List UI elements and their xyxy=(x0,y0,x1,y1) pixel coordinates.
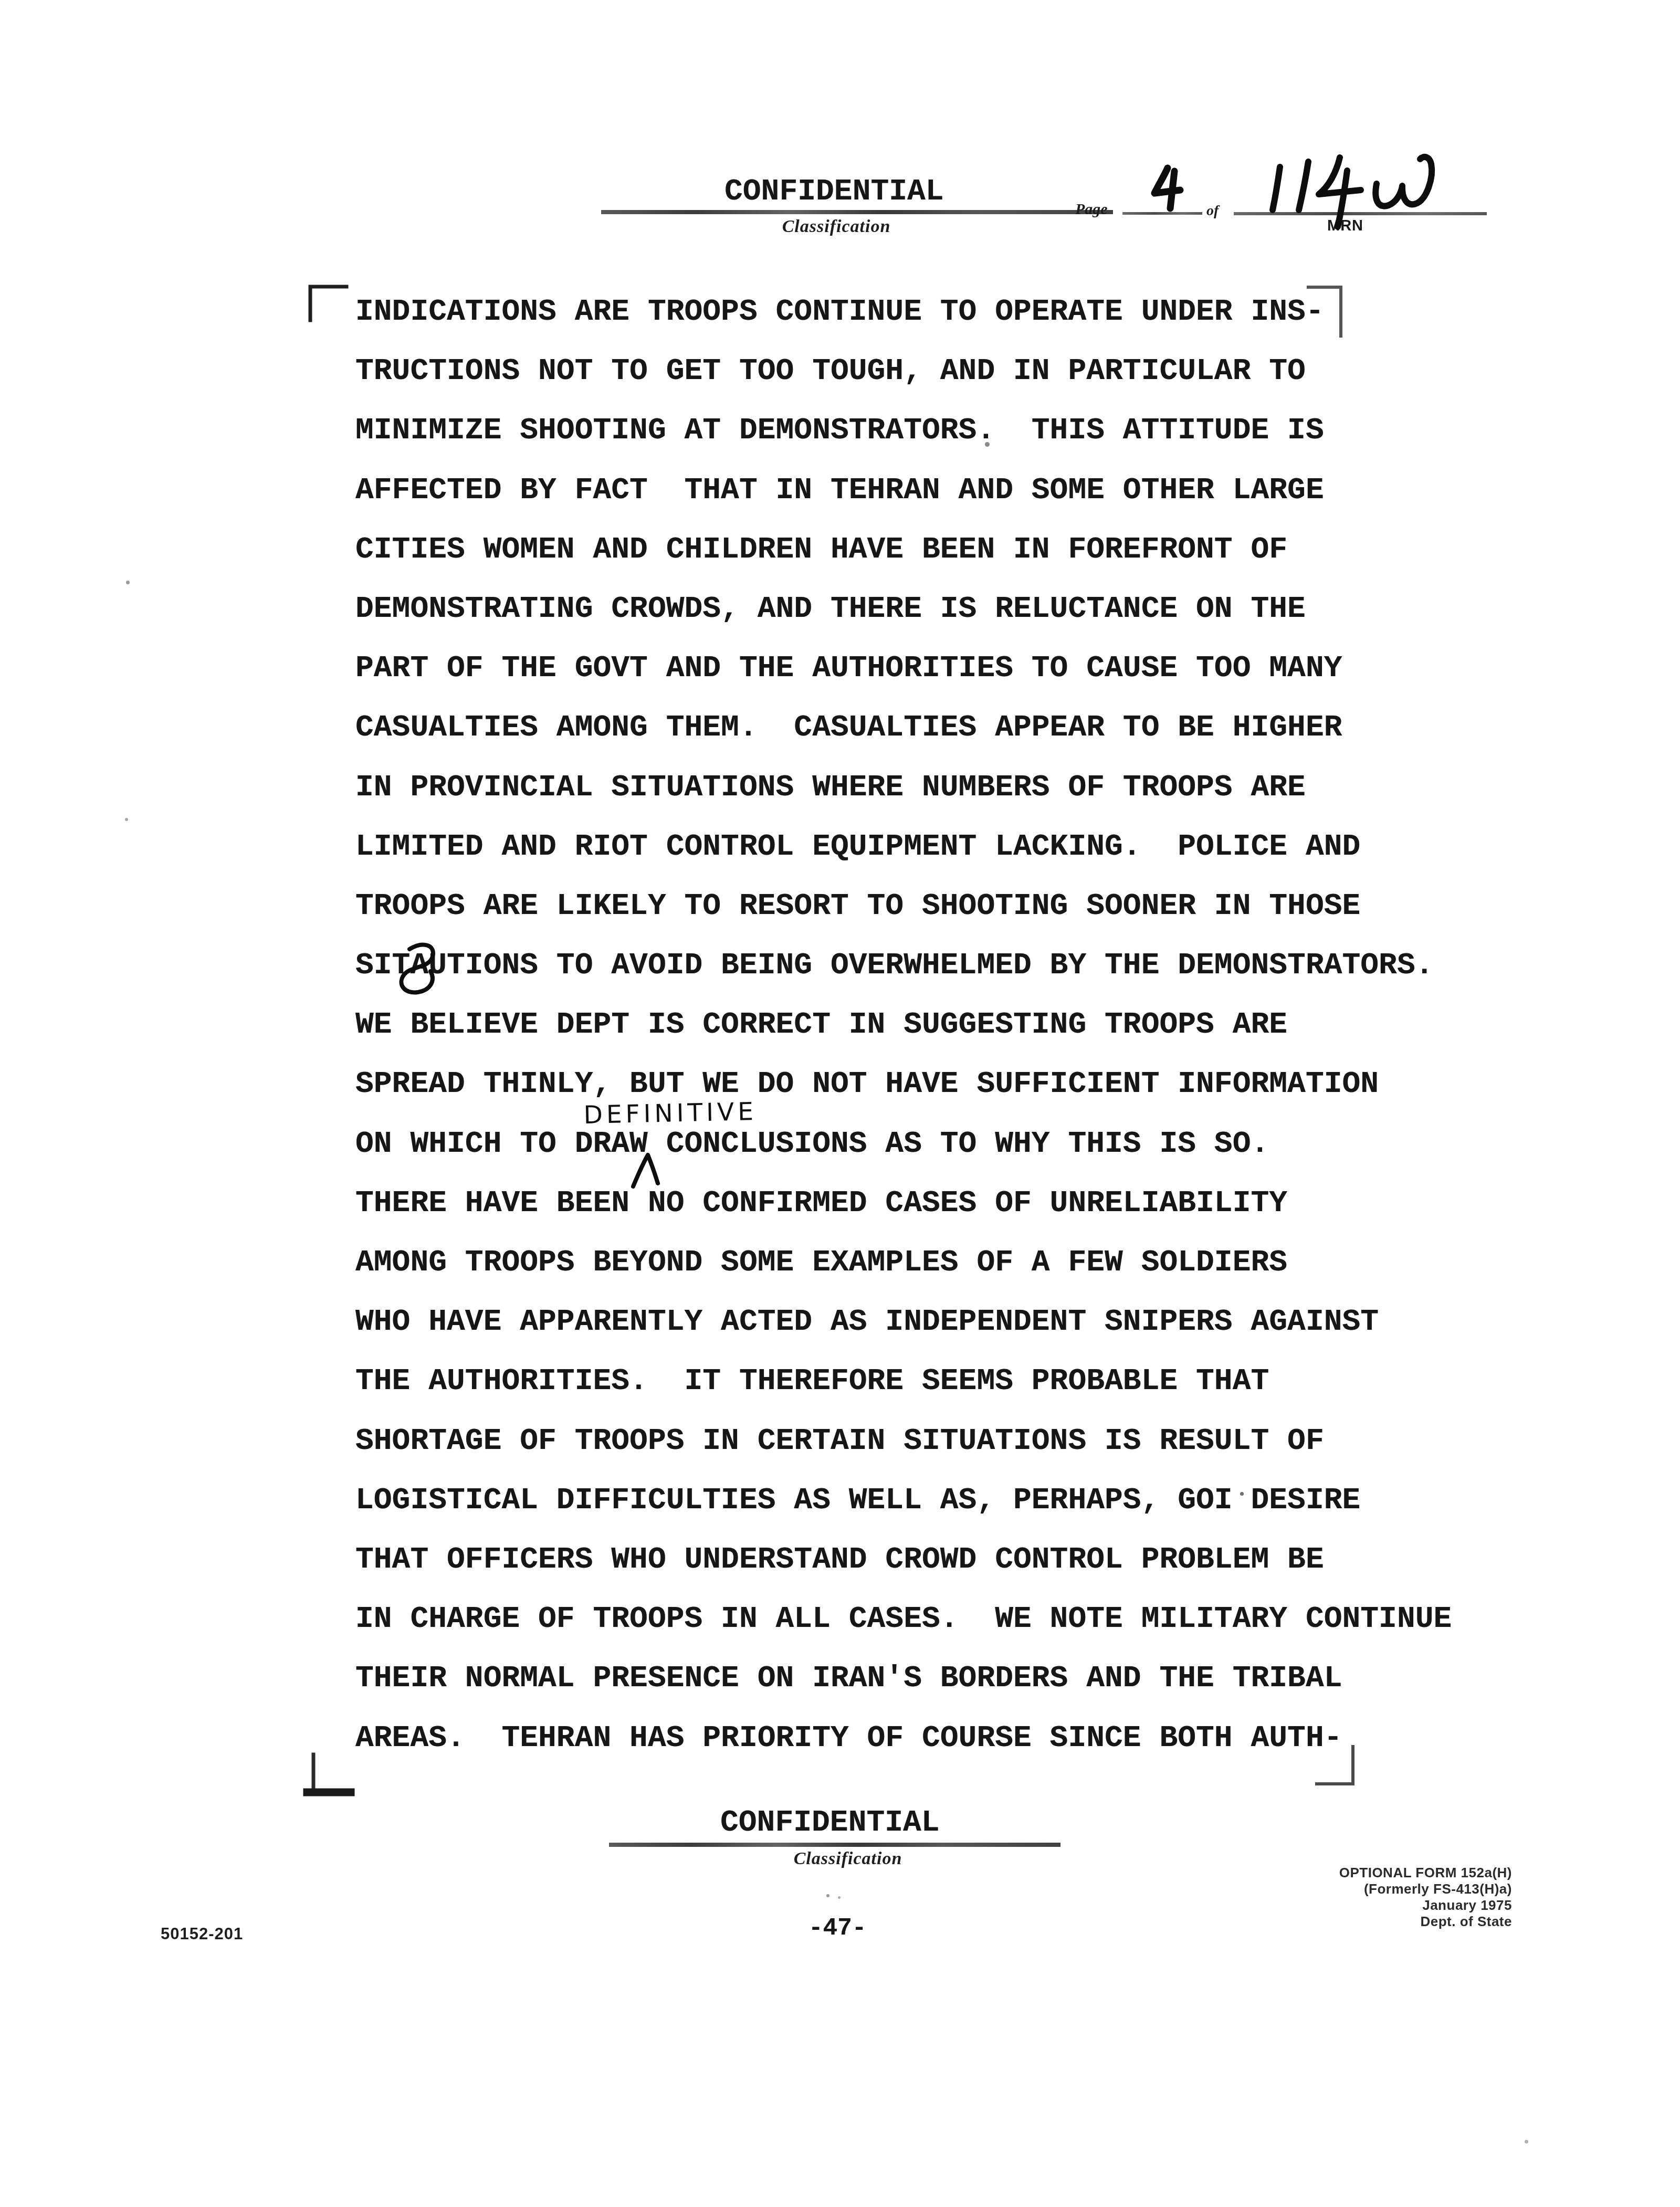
body-line: THEIR NORMAL PRESENCE ON IRAN'S BORDERS … xyxy=(355,1649,1558,1708)
form-imprint-line: Dept. of State xyxy=(1144,1914,1512,1930)
body-line: AMONG TROOPS BEYOND SOME EXAMPLES OF A F… xyxy=(355,1233,1558,1292)
body-text: INDICATIONS ARE TROOPS CONTINUE TO OPERA… xyxy=(355,282,1558,1768)
body-line: IN CHARGE OF TROOPS IN ALL CASES. WE NOT… xyxy=(355,1590,1558,1649)
mrn-label: MRN xyxy=(1327,217,1363,235)
body-line: THAT OFFICERS WHO UNDERSTAND CROWD CONTR… xyxy=(355,1530,1558,1590)
body-line: THE AUTHORITIES. IT THEREFORE SEEMS PROB… xyxy=(355,1352,1558,1411)
body-line: TRUCTIONS NOT TO GET TOO TOUGH, AND IN P… xyxy=(355,342,1558,401)
page-number-underline xyxy=(1122,212,1202,215)
body-line: LOGISTICAL DIFFICULTIES AS WELL AS, PERH… xyxy=(355,1471,1558,1530)
body-line: TROOPS ARE LIKELY TO RESORT TO SHOOTING … xyxy=(355,877,1558,936)
handwritten-stroke xyxy=(1319,157,1361,194)
body-line: CASUALTIES AMONG THEM. CASUALTIES APPEAR… xyxy=(355,698,1558,758)
handwritten-stroke xyxy=(1375,157,1432,206)
document-page: CONFIDENTIAL Classification Page of MRN … xyxy=(0,0,1680,2207)
body-line: CITIES WOMEN AND CHILDREN HAVE BEEN IN F… xyxy=(355,520,1558,580)
header-classification-label: Classification xyxy=(718,218,954,236)
handwritten-stroke xyxy=(1154,168,1180,193)
handwritten-stroke xyxy=(1273,167,1280,210)
footer-classification-rule xyxy=(609,1843,1060,1847)
body-line: AREAS. TEHRAN HAS PRIORITY OF COURSE SIN… xyxy=(355,1709,1558,1768)
crop-mark-top-left xyxy=(310,287,346,320)
page-number-handwritten xyxy=(1154,168,1180,208)
handwritten-stroke xyxy=(1170,171,1174,208)
body-line: THERE HAVE BEEN NO CONFIRMED CASES OF UN… xyxy=(355,1174,1558,1233)
body-line: WHO HAVE APPARENTLY ACTED AS INDEPENDENT… xyxy=(355,1292,1558,1352)
body-line: INDICATIONS ARE TROOPS CONTINUE TO OPERA… xyxy=(355,282,1558,342)
body-line: IN PROVINCIAL SITUATIONS WHERE NUMBERS O… xyxy=(355,758,1558,817)
print-code: 50152-201 xyxy=(161,1925,243,1943)
body-line: PART OF THE GOVT AND THE AUTHORITIES TO … xyxy=(355,639,1558,698)
body-line: LIMITED AND RIOT CONTROL EQUIPMENT LACKI… xyxy=(355,817,1558,877)
header-classification-rule xyxy=(601,210,1113,214)
scan-speck xyxy=(1525,2140,1528,2143)
scan-speck xyxy=(826,1894,829,1897)
scan-speck xyxy=(126,581,130,584)
footer-classification-stamp: CONFIDENTIAL xyxy=(720,1808,940,1838)
mrn-handwritten xyxy=(1273,157,1432,227)
header-classification-stamp: CONFIDENTIAL xyxy=(724,177,944,207)
form-imprint-block: OPTIONAL FORM 152a(H)(Formerly FS-413(H)… xyxy=(1144,1865,1512,1930)
body-line: WE BELIEVE DEPT IS CORRECT IN SUGGESTING… xyxy=(355,995,1558,1055)
body-line: AFFECTED BY FACT THAT IN TEHRAN AND SOME… xyxy=(355,461,1558,520)
footer-classification-label: Classification xyxy=(730,1850,966,1868)
form-imprint-line: January 1975 xyxy=(1144,1897,1512,1914)
form-imprint-line: OPTIONAL FORM 152a(H) xyxy=(1144,1865,1512,1881)
page-field-label: Page xyxy=(1075,202,1108,217)
handwritten-stroke xyxy=(1299,162,1308,210)
body-line: SHORTAGE OF TROOPS IN CERTAIN SITUATIONS… xyxy=(355,1412,1558,1471)
mrn-underline xyxy=(1234,212,1487,215)
body-line: ON WHICH TO DRAW CONCLUSIONS AS TO WHY T… xyxy=(355,1115,1558,1174)
form-imprint-line: (Formerly FS-413(H)a) xyxy=(1144,1881,1512,1897)
scan-speck xyxy=(125,818,128,821)
of-label: of xyxy=(1206,204,1219,218)
scan-speck xyxy=(838,1896,841,1899)
stray-typed-dot xyxy=(1240,1492,1244,1496)
body-line: MINIMIZE SHOOTING AT DEMONSTRATORS. THIS… xyxy=(355,401,1558,460)
footer-page-number: -47- xyxy=(808,1916,866,1940)
body-line: SPREAD THINLY, BUT WE DO NOT HAVE SUFFIC… xyxy=(355,1055,1558,1114)
body-line: DEMONSTRATING CROWDS, AND THERE IS RELUC… xyxy=(355,580,1558,639)
body-line: SITAUTIONS TO AVOID BEING OVERWHELMED BY… xyxy=(355,936,1558,995)
stray-typed-dot xyxy=(985,442,990,447)
